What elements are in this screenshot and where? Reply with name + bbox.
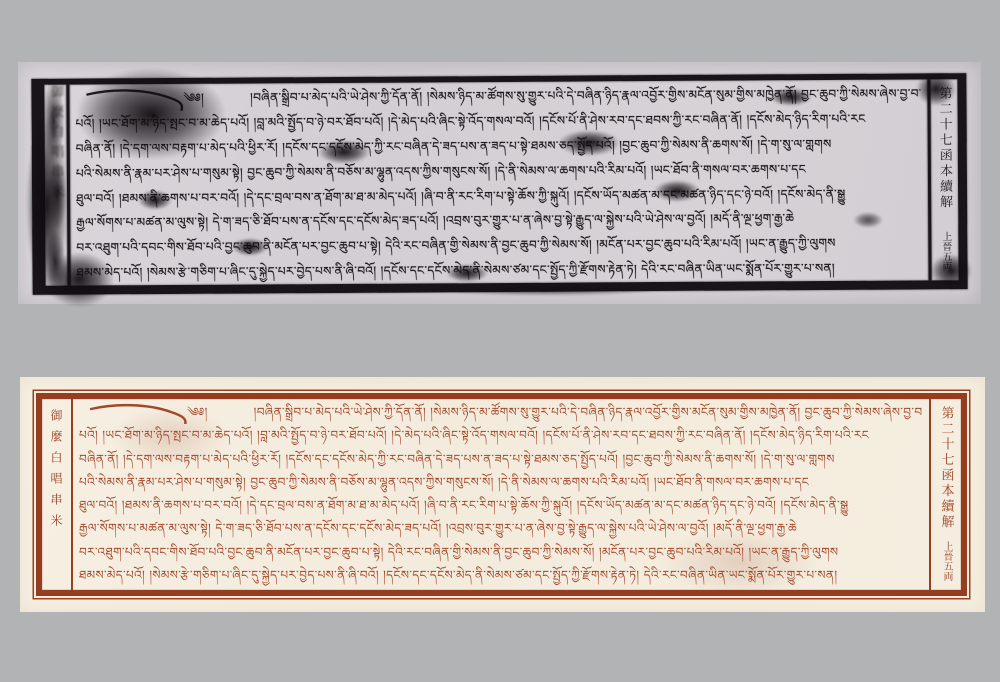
text-block: ༄༅། །བཞིན་སྒྲིབ་པ་མེད་པའི་ཡེ་ཤེས་ཀྱི་དོན… [69,79,928,285]
folio-number-vertical: 上晉五両 [941,541,951,581]
tibetan-line: །བཞིན་སྒྲིབ་པ་མེད་པའི་ཡེ་ཤེས་ཀྱི་དོན་ནོ།… [254,401,922,424]
text-block: ༄༅། །བཞིན་སྒྲིབ་པ་མེད་པའི་ཡེ་ཤེས་ཀྱི་དོན… [73,399,929,590]
text-line-8: ཐམས་མེད་པའོ། །སེམས་རྩེ་གཅིག་པ་ཞིང་དུ་སྐྱ… [79,564,922,587]
yig-mgo-head-mark: ༄༅། [183,86,204,111]
text-line-6: རྒྱལ་སོགས་པ་མཚན་མ་ལུས་སྟེ། དེ་ག་ཟད་ཅི་ཐོ… [79,517,922,540]
text-line-5: ཐུལ་བའོ། །ཐམས་ནི་ཆགས་པ་བར་བའོ། །དེ་དང་བྲ… [79,494,922,517]
chinese-title-vertical: 第二十七函本續解 [937,86,951,210]
margin-marks: 御麼白唱串米 [46,85,66,205]
left-margin-column: 御麼白唱串米 [44,85,67,286]
text-line-1: ༄༅། །བཞིན་སྒྲིབ་པ་མེད་པའི་ཡེ་ཤེས་ཀྱི་དོན… [79,401,922,424]
right-margin-column: 第二十七函本續解 上晉五両 [931,399,961,590]
scan-black-ink: 御麼白唱串米 ༄༅། །བཞིན་སྒྲིབ་པ་མེད་པའི་ཡེ་ཤེས་… [18,62,981,304]
text-line-8: ཐམས་མེད་པའོ། །སེམས་རྩེ་གཅིག་པ་ཞིང་དུ་སྐྱ… [76,256,921,286]
yig-mgo-head-mark: ༄༅། [187,401,208,424]
pecha-frame-red: 御麼白唱串米 ༄༅། །བཞིན་སྒྲིབ་པ་མེད་པའི་ཡེ་ཤེས་… [36,393,967,596]
photo-backdrop: 御麼白唱串米 ༄༅། །བཞིན་སྒྲིབ་པ་མེད་པའི་ཡེ་ཤེས་… [0,0,1000,682]
pecha-frame-black: 御麼白唱串米 ༄༅། །བཞིན་སྒྲིབ་པ་མེད་པའི་ཡེ་ཤེས་… [31,73,967,295]
yig-mgo-flourish-icon [89,402,193,425]
chinese-title-vertical: 第二十七函本續解 [940,406,953,530]
margin-marks: 御麼白唱串米 [48,409,65,535]
scan-red-ink: 御麼白唱串米 ༄༅། །བཞིན་སྒྲིབ་པ་མེད་པའི་ཡེ་ཤེས་… [20,377,985,612]
text-line-4: པའི་སེམས་ནི་རྣམ་པར་ཤེས་པ་གསུམ་སྟེ། བྱང་ཆ… [79,471,922,494]
folio-number-vertical: 上晉五両 [940,231,950,271]
text-line-7: བར་འཐུག་པའི་དབང་གིས་ཐོབ་པའི་བྱང་ཆུབ་ནི་མ… [79,541,922,564]
text-line-3: བཞིན་ནོ། །དེ་དག་ལས་བརྟག་པ་མེད་པའི་ཕྱིར་ར… [79,448,922,471]
right-margin-column: 第二十七函本續解 上晉五両 [930,79,958,280]
text-line-2: པའོ། །ཡང་ཐོག་མ་ཉིད་སྤང་བ་མ་ཆེད་པའོ། །བླ་… [79,424,922,447]
left-margin-column: 御麼白唱串米 [42,399,71,590]
yig-mgo-flourish-icon [85,87,189,111]
